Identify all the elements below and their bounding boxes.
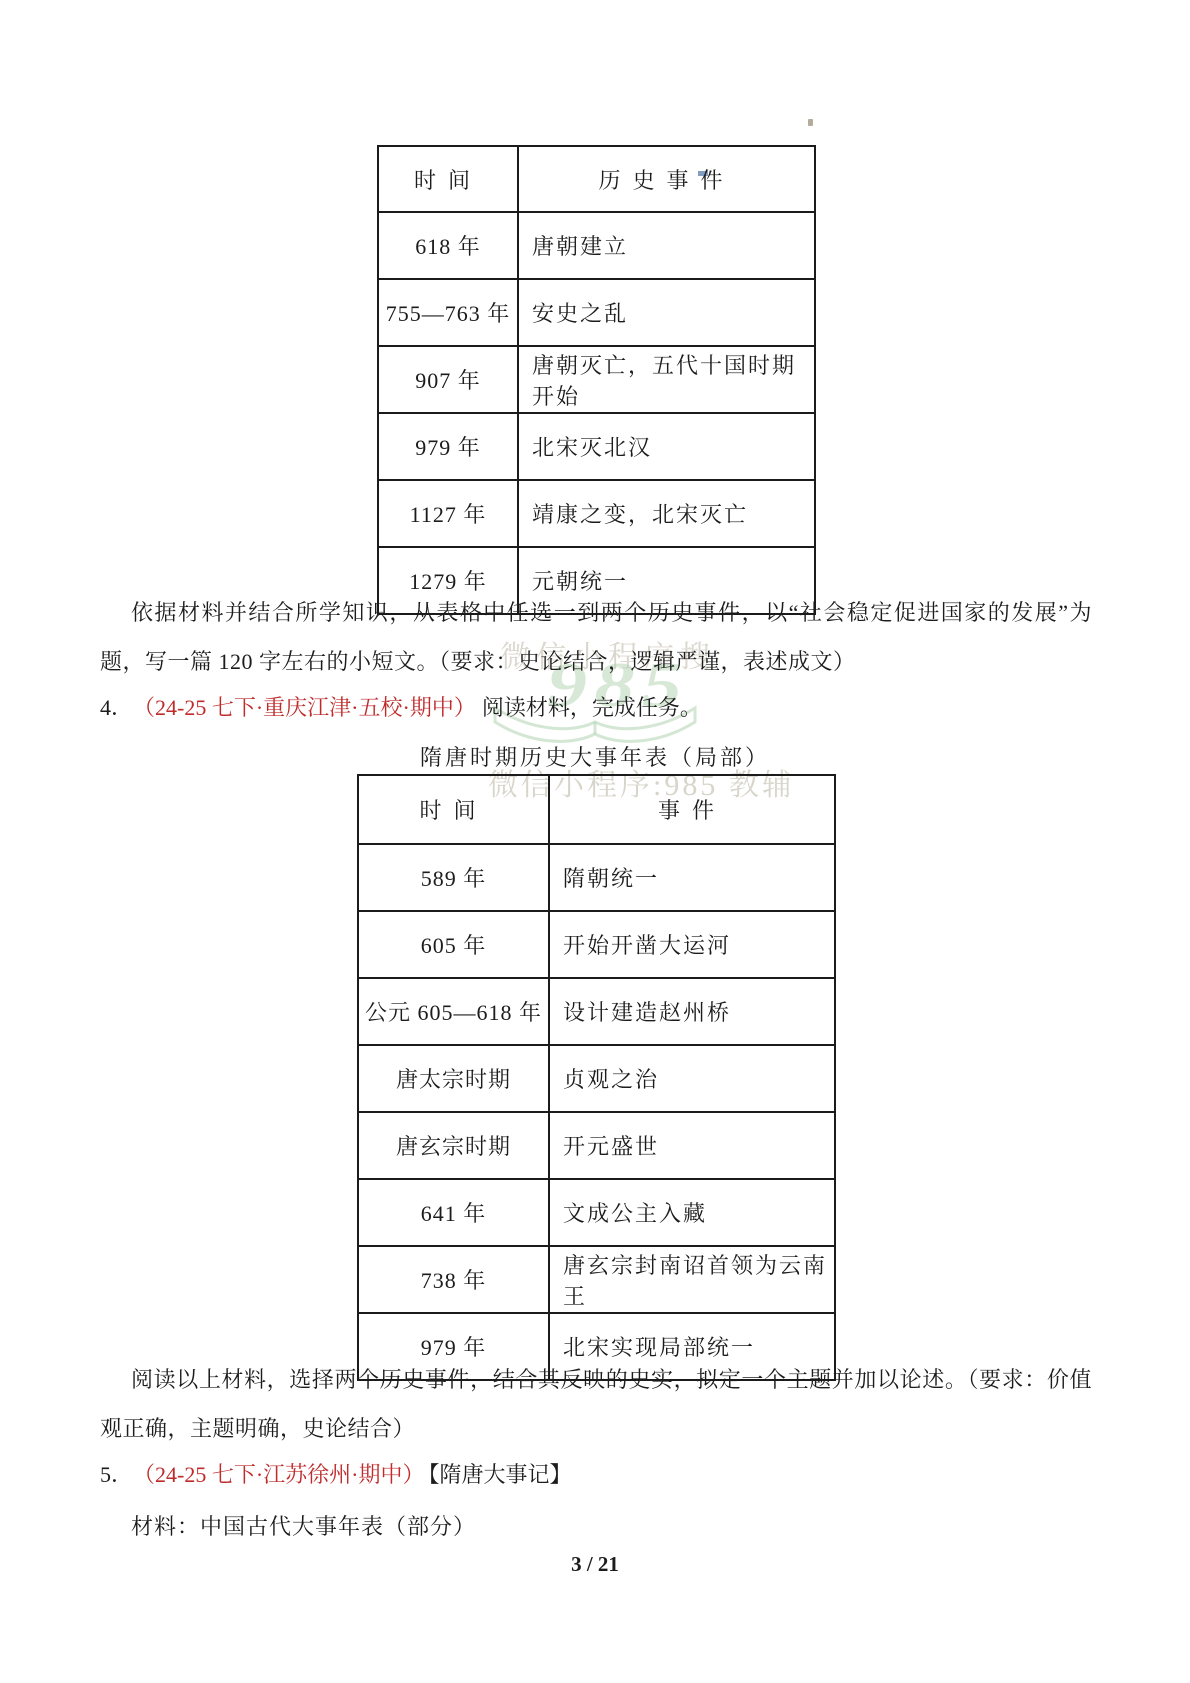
time-cell: 公元 605—618 年 [358,978,549,1045]
artifact-dot [808,119,813,126]
question-intro: 阅读材料，完成任务。 [482,695,702,720]
time-cell: 唐太宗时期 [358,1045,549,1112]
event-cell: 隋朝统一 [549,844,835,911]
table-header-row: 时间 事件 [358,775,835,844]
time-cell: 589 年 [358,844,549,911]
table-row: 979 年 北宋灭北汉 [378,413,815,480]
table-row: 唐太宗时期 贞观之治 [358,1045,835,1112]
question-title: 【隋唐大事记】 [429,1462,572,1487]
time-cell: 605 年 [358,911,549,978]
question-number: 5． [100,1462,133,1488]
time-cell: 1127 年 [378,480,518,547]
table-row: 1127 年 靖康之变，北宋灭亡 [378,480,815,547]
question4-heading: 4．（24-25 七下·重庆江津·五校·期中）阅读材料，完成任务。 [100,695,1100,721]
event-cell: 唐朝灭亡，五代十国时期开始 [518,346,815,413]
event-cell: 唐玄宗封南诏首领为云南王 [549,1246,835,1313]
time-cell: 738 年 [358,1246,549,1313]
time-column-header: 时间 [358,775,549,844]
time-cell: 979 年 [378,413,518,480]
table2-title: 隋唐时期历史大事年表（局部） [0,741,1190,772]
event-cell: 靖康之变，北宋灭亡 [518,480,815,547]
document-page: 微信小程序搜 985 微信小程序:985 教辅 时间 历史事件 618 年 唐朝… [0,0,1190,1683]
sui-tang-chronology-table: 时间 事件 589 年 隋朝统一 605 年 开始开凿大运河 公元 605—61… [357,774,836,1381]
table-row: 738 年 唐玄宗封南诏首领为云南王 [358,1246,835,1313]
table-row: 618 年 唐朝建立 [378,212,815,279]
table-header-row: 时间 历史事件 [378,146,815,212]
event-cell: 开始开凿大运河 [549,911,835,978]
time-column-header: 时间 [378,146,518,212]
event-cell: 安史之乱 [518,279,815,346]
event-cell: 文成公主入藏 [549,1179,835,1246]
material-label: 材料：中国古代大事年表（部分） [131,1510,476,1541]
event-cell: 开元盛世 [549,1112,835,1179]
event-column-header: 历史事件 [518,146,815,212]
question-number: 4． [100,695,133,721]
time-cell: 641 年 [358,1179,549,1246]
time-cell: 755—763 年 [378,279,518,346]
table-row: 唐玄宗时期 开元盛世 [358,1112,835,1179]
event-cell: 贞观之治 [549,1045,835,1112]
question-source: （24-25 七下·重庆江津·五校·期中） [133,695,476,720]
table-row: 589 年 隋朝统一 [358,844,835,911]
table-row: 公元 605—618 年 设计建造赵州桥 [358,978,835,1045]
question-source: （24-25 七下·江苏徐州·期中） [133,1462,424,1487]
time-cell: 907 年 [378,346,518,413]
table-row: 641 年 文成公主入藏 [358,1179,835,1246]
time-cell: 618 年 [378,212,518,279]
question4-task: 阅读以上材料，选择两个历史事件，结合其反映的史实，拟定一个主题并加以论述。（要求… [100,1355,1092,1453]
page-number: 3 / 21 [0,1552,1190,1577]
event-cell: 设计建造赵州桥 [549,978,835,1045]
event-column-header: 事件 [549,775,835,844]
question3-prompt: 依据材料并结合所学知识，从表格中任选一到两个历史事件，以“社会稳定促进国家的发展… [100,588,1092,686]
table-row: 605 年 开始开凿大运河 [358,911,835,978]
table-row: 755—763 年 安史之乱 [378,279,815,346]
event-cell: 唐朝建立 [518,212,815,279]
table-row: 907 年 唐朝灭亡，五代十国时期开始 [378,346,815,413]
event-cell: 北宋灭北汉 [518,413,815,480]
history-events-table: 时间 历史事件 618 年 唐朝建立 755—763 年 安史之乱 907 年 … [377,145,816,615]
question5-heading: 5．（24-25 七下·江苏徐州·期中）【隋唐大事记】 [100,1462,1100,1488]
time-cell: 唐玄宗时期 [358,1112,549,1179]
